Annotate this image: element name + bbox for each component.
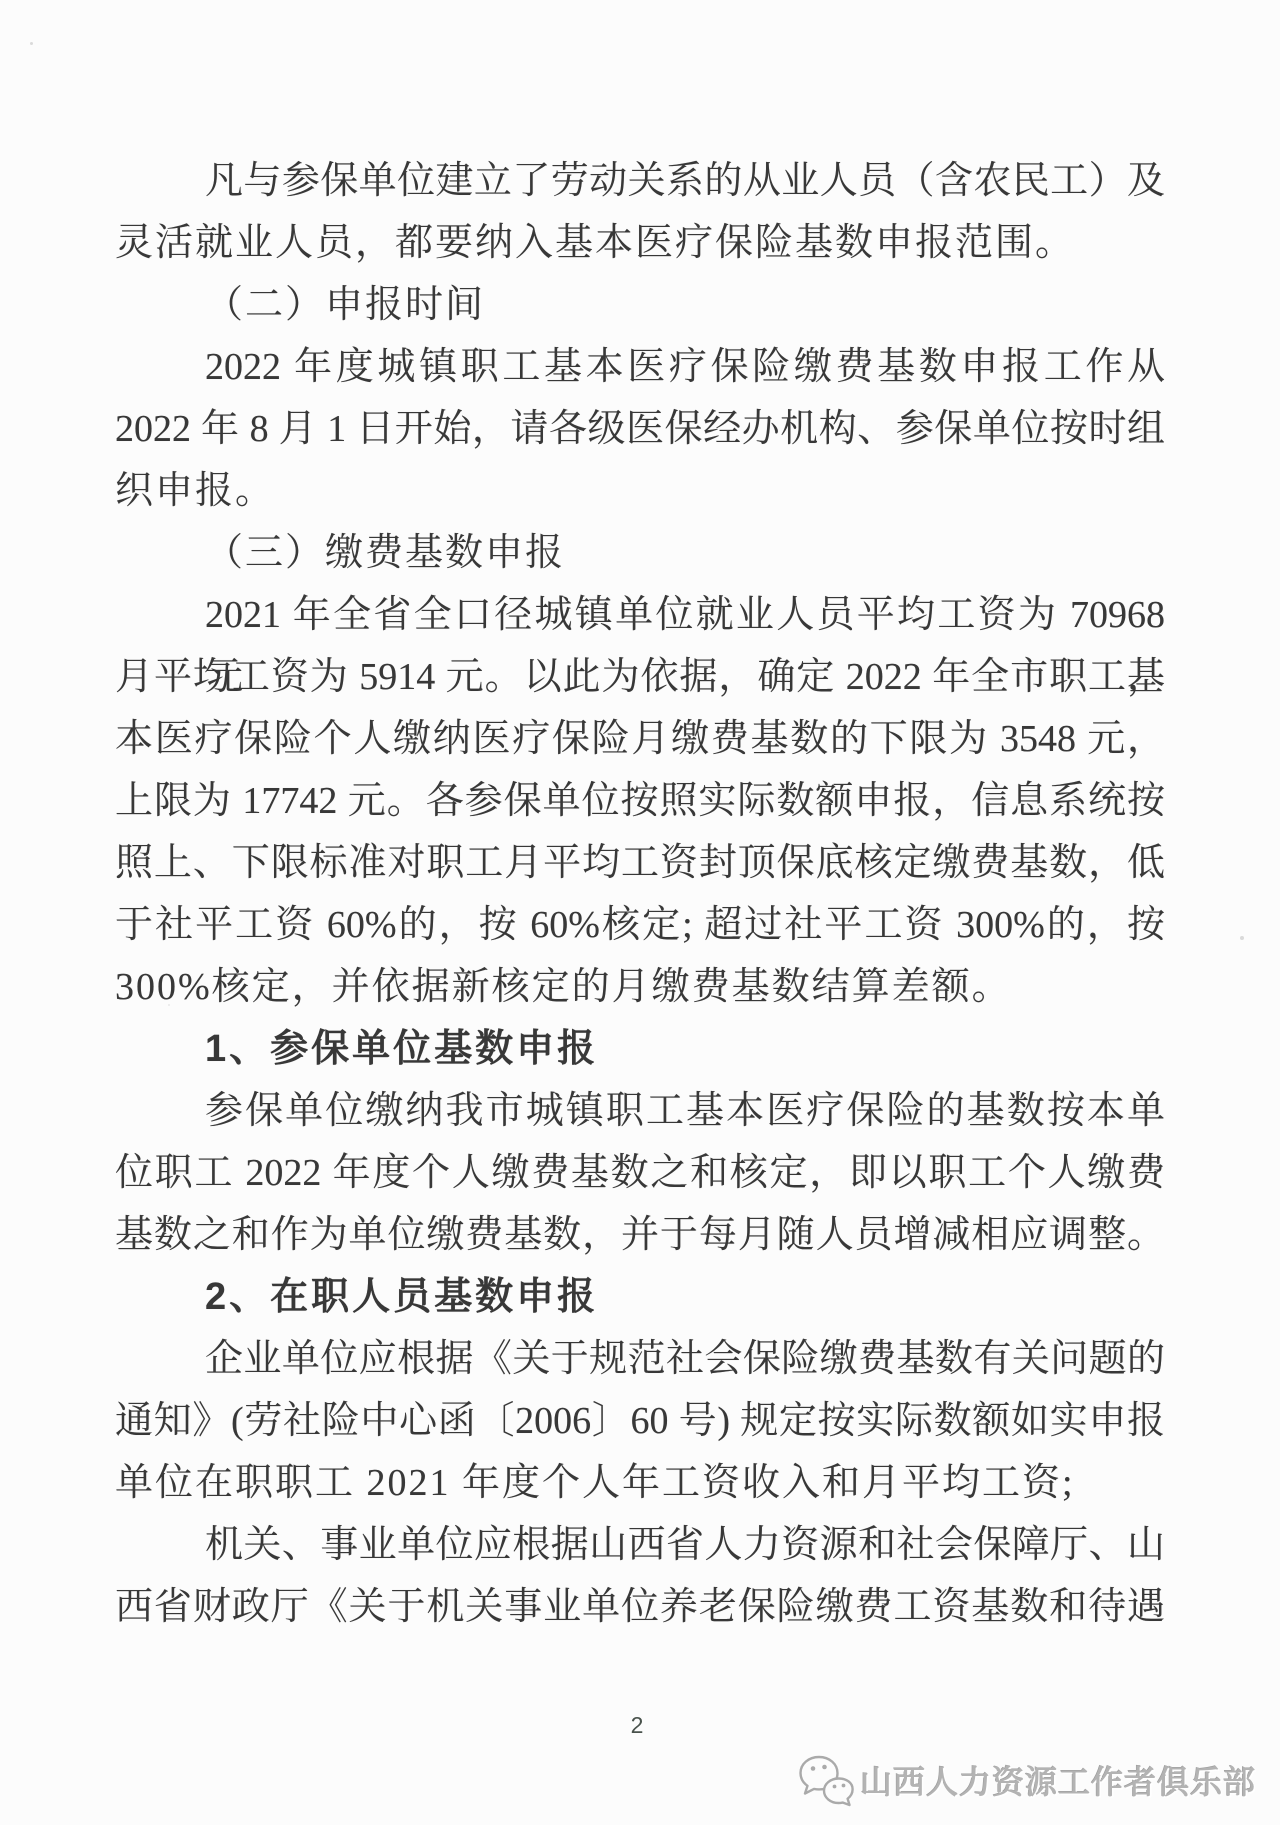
text-line: 位职工 2022 年度个人缴费基数之和核定，即以职工个人缴费 <box>115 1142 1165 1204</box>
section-heading: （二）申报时间 <box>115 274 1165 336</box>
text-line: 2022 年度城镇职工基本医疗保险缴费基数申报工作从 <box>115 336 1165 398</box>
text-line: 凡与参保单位建立了劳动关系的从业人员（含农民工）及 <box>115 150 1165 212</box>
document-body: 凡与参保单位建立了劳动关系的从业人员（含农民工）及 灵活就业人员，都要纳入基本医… <box>115 150 1165 1638</box>
page-number: 2 <box>622 1712 652 1739</box>
text-line: 机关、事业单位应根据山西省人力资源和社会保障厅、山 <box>115 1514 1165 1576</box>
text-line: 300%核定，并依据新核定的月缴费基数结算差额。 <box>115 956 1165 1018</box>
text-line: 通知》(劳社险中心函〔2006〕60 号) 规定按实际数额如实申报 <box>115 1390 1165 1452</box>
text-line: 织申报。 <box>115 460 1165 522</box>
scan-speck <box>30 42 33 45</box>
wechat-icon <box>796 1750 854 1810</box>
text-line: 照上、下限标准对职工月平均工资封顶保底核定缴费基数，低 <box>115 832 1165 894</box>
text-line: 2021 年全省全口径城镇单位就业人员平均工资为 70968 元， <box>115 584 1165 646</box>
scan-speck <box>1240 936 1244 940</box>
text-line: 基数之和作为单位缴费基数，并于每月随人员增减相应调整。 <box>115 1204 1165 1266</box>
document-page: 凡与参保单位建立了劳动关系的从业人员（含农民工）及 灵活就业人员，都要纳入基本医… <box>0 0 1280 1825</box>
text-line: 上限为 17742 元。各参保单位按照实际数额申报，信息系统按 <box>115 770 1165 832</box>
section-heading: （三）缴费基数申报 <box>115 522 1165 584</box>
text-line: 灵活就业人员，都要纳入基本医疗保险基数申报范围。 <box>115 212 1165 274</box>
text-line: 于社平工资 60%的，按 60%核定; 超过社平工资 300%的，按 <box>115 894 1165 956</box>
text-line: 西省财政厅《关于机关事业单位养老保险缴费工资基数和待遇 <box>115 1576 1165 1638</box>
watermark-text: 山西人力资源工作者俱乐部 <box>860 1757 1256 1803</box>
text-line: 企业单位应根据《关于规范社会保险缴费基数有关问题的 <box>115 1328 1165 1390</box>
text-line: 本医疗保险个人缴纳医疗保险月缴费基数的下限为 3548 元， <box>115 708 1165 770</box>
text-line: 月平均工资为 5914 元。以此为依据，确定 2022 年全市职工基 <box>115 646 1165 708</box>
numbered-heading: 1、参保单位基数申报 <box>115 1018 1165 1080</box>
text-line: 参保单位缴纳我市城镇职工基本医疗保险的基数按本单 <box>115 1080 1165 1142</box>
watermark: 山西人力资源工作者俱乐部 <box>796 1750 1256 1810</box>
text-line: 2022 年 8 月 1 日开始，请各级医保经办机构、参保单位按时组 <box>115 398 1165 460</box>
scan-speck <box>168 1004 170 1006</box>
numbered-heading: 2、在职人员基数申报 <box>115 1266 1165 1328</box>
text-line: 单位在职职工 2021 年度个人年工资收入和月平均工资; <box>115 1452 1165 1514</box>
